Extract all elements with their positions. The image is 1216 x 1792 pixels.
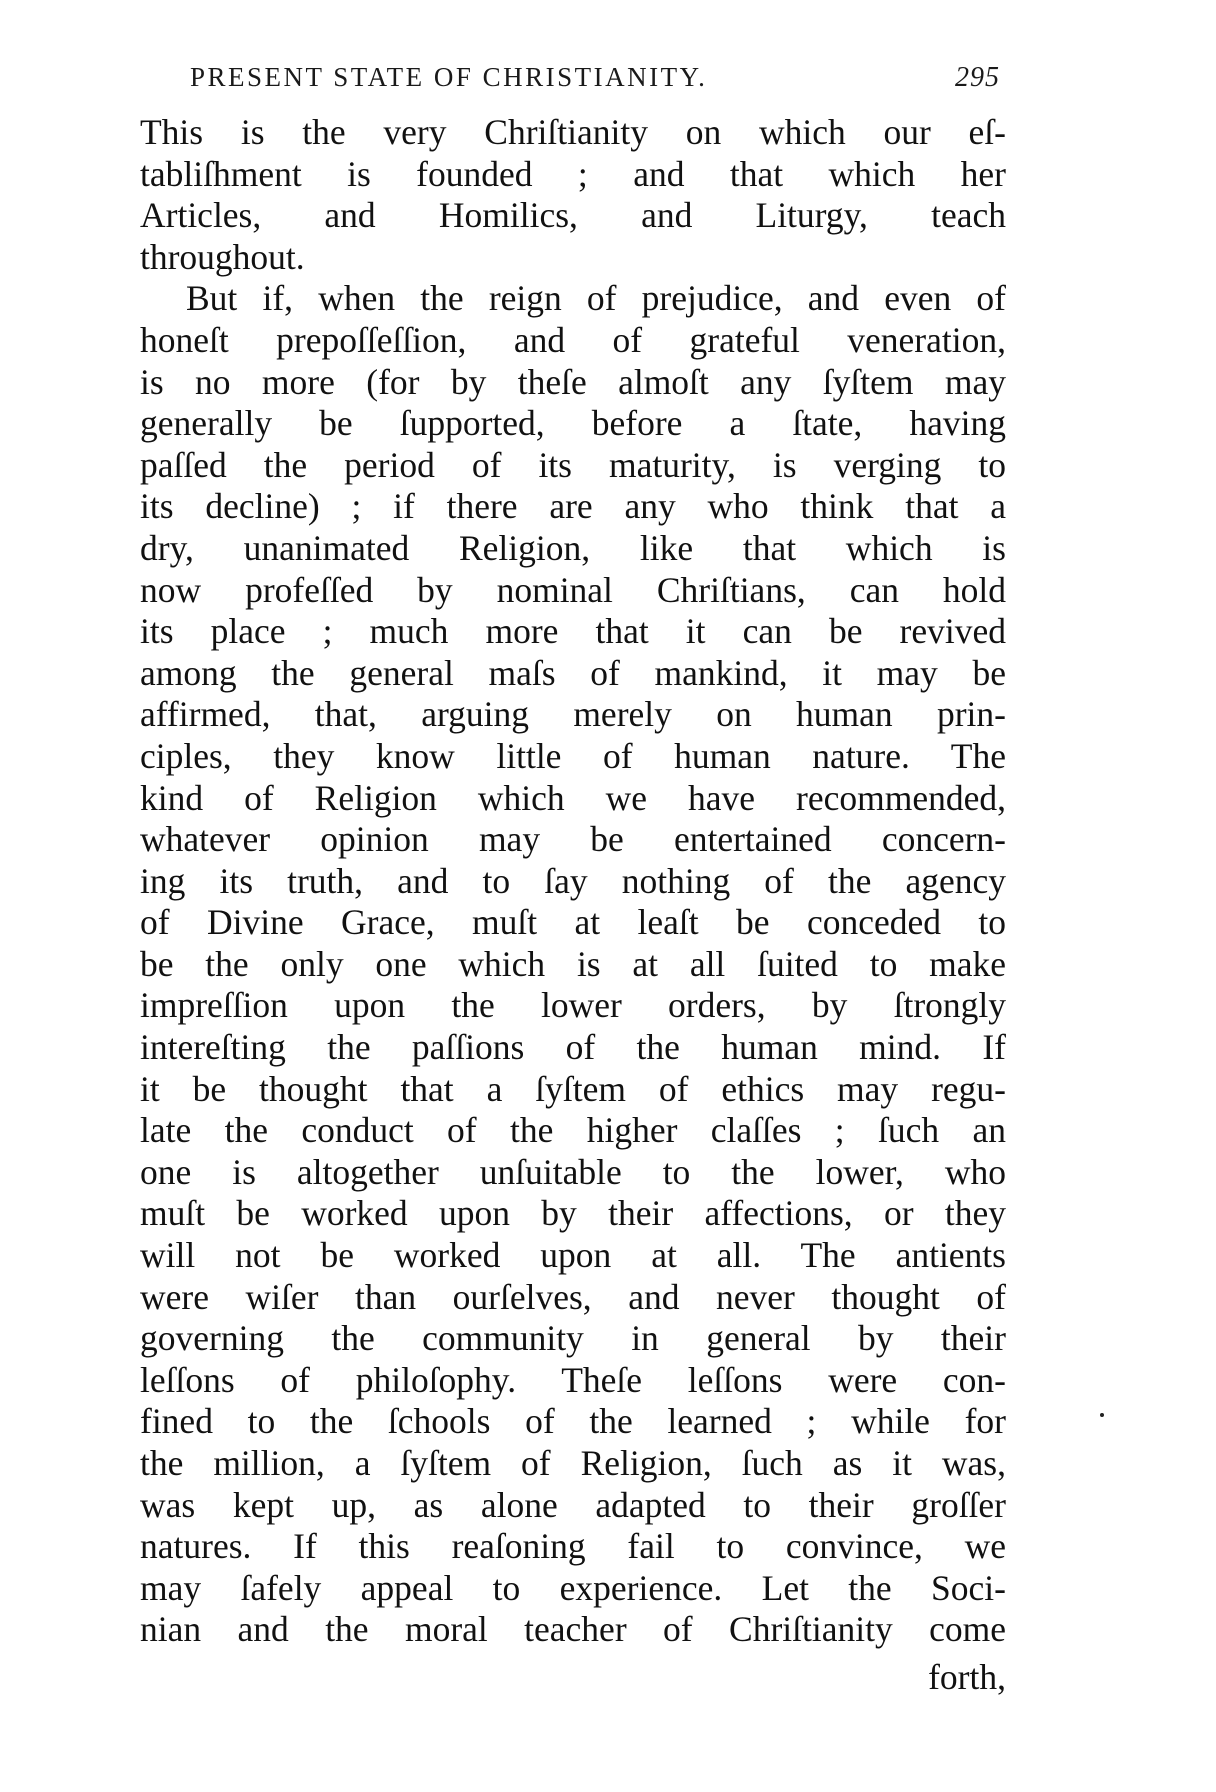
paragraph: But if, when the reign of prejudice, and… bbox=[140, 278, 1006, 1651]
text-line: kind of Religion which we have recommend… bbox=[140, 778, 1006, 820]
text-line: But if, when the reign of prejudice, and… bbox=[140, 278, 1006, 320]
text-line: nian and the moral teacher of Chriſtiani… bbox=[140, 1609, 1006, 1651]
text-line: Articles, and Homilics, and Liturgy, tea… bbox=[140, 195, 1006, 237]
text-line: throughout. bbox=[140, 237, 1006, 279]
catchword: forth, bbox=[140, 1657, 1006, 1699]
text-line: leſſons of philoſophy. Theſe leſſons wer… bbox=[140, 1360, 1006, 1402]
body-text: This is the very Chriſtianity on which o… bbox=[140, 112, 1006, 1699]
text-line: ing its truth, and to ſay nothing of the… bbox=[140, 861, 1006, 903]
text-line: was kept up, as alone adapted to their g… bbox=[140, 1485, 1006, 1527]
text-line: among the general maſs of mankind, it ma… bbox=[140, 653, 1006, 695]
text-line: ciples, they know little of human nature… bbox=[140, 736, 1006, 778]
text-line: affirmed, that, arguing merely on human … bbox=[140, 694, 1006, 736]
text-line: paſſed the period of its maturity, is ve… bbox=[140, 445, 1006, 487]
text-line: whatever opinion may be entertained conc… bbox=[140, 819, 1006, 861]
text-line: generally be ſupported, before a ſtate, … bbox=[140, 403, 1006, 445]
text-line: its place ; much more that it can be rev… bbox=[140, 611, 1006, 653]
running-head: PRESENT STATE OF CHRISTIANITY. 295 bbox=[190, 62, 1010, 102]
text-line: is no more (for by theſe almoſt any ſyſt… bbox=[140, 362, 1006, 404]
text-line: tabliſhment is founded ; and that which … bbox=[140, 154, 1006, 196]
text-line: one is altogether unſuitable to the lowe… bbox=[140, 1152, 1006, 1194]
text-line: of Divine Grace, muſt at leaſt be conced… bbox=[140, 902, 1006, 944]
text-line: now profeſſed by nominal Chriſtians, can… bbox=[140, 570, 1006, 612]
text-line: be the only one which is at all ſuited t… bbox=[140, 944, 1006, 986]
running-title: PRESENT STATE OF CHRISTIANITY. bbox=[190, 62, 707, 93]
text-line: muſt be worked upon by their affections,… bbox=[140, 1193, 1006, 1235]
scan-speck bbox=[1100, 1413, 1104, 1417]
text-line: impreſſion upon the lower orders, by ſtr… bbox=[140, 985, 1006, 1027]
text-line: honeſt prepoſſeſſion, and of grateful ve… bbox=[140, 320, 1006, 362]
text-line: were wiſer than ourſelves, and never tho… bbox=[140, 1277, 1006, 1319]
text-line: the million, a ſyſtem of Religion, ſuch … bbox=[140, 1443, 1006, 1485]
text-line: governing the community in general by th… bbox=[140, 1318, 1006, 1360]
text-line: late the conduct of the higher claſſes ;… bbox=[140, 1110, 1006, 1152]
text-line: natures. If this reaſoning fail to convi… bbox=[140, 1526, 1006, 1568]
text-line: intereſting the paſſions of the human mi… bbox=[140, 1027, 1006, 1069]
text-line: it be thought that a ſyſtem of ethics ma… bbox=[140, 1069, 1006, 1111]
text-line: its decline) ; if there are any who thin… bbox=[140, 486, 1006, 528]
text-line: This is the very Chriſtianity on which o… bbox=[140, 112, 1006, 154]
paragraph: This is the very Chriſtianity on which o… bbox=[140, 112, 1006, 278]
page-number: 295 bbox=[955, 62, 1000, 94]
text-line: may ſafely appeal to experience. Let the… bbox=[140, 1568, 1006, 1610]
text-line: will not be worked upon at all. The anti… bbox=[140, 1235, 1006, 1277]
text-line: fined to the ſchools of the learned ; wh… bbox=[140, 1401, 1006, 1443]
text-line: dry, unanimated Religion, like that whic… bbox=[140, 528, 1006, 570]
book-page: PRESENT STATE OF CHRISTIANITY. 295 This … bbox=[0, 0, 1216, 1792]
